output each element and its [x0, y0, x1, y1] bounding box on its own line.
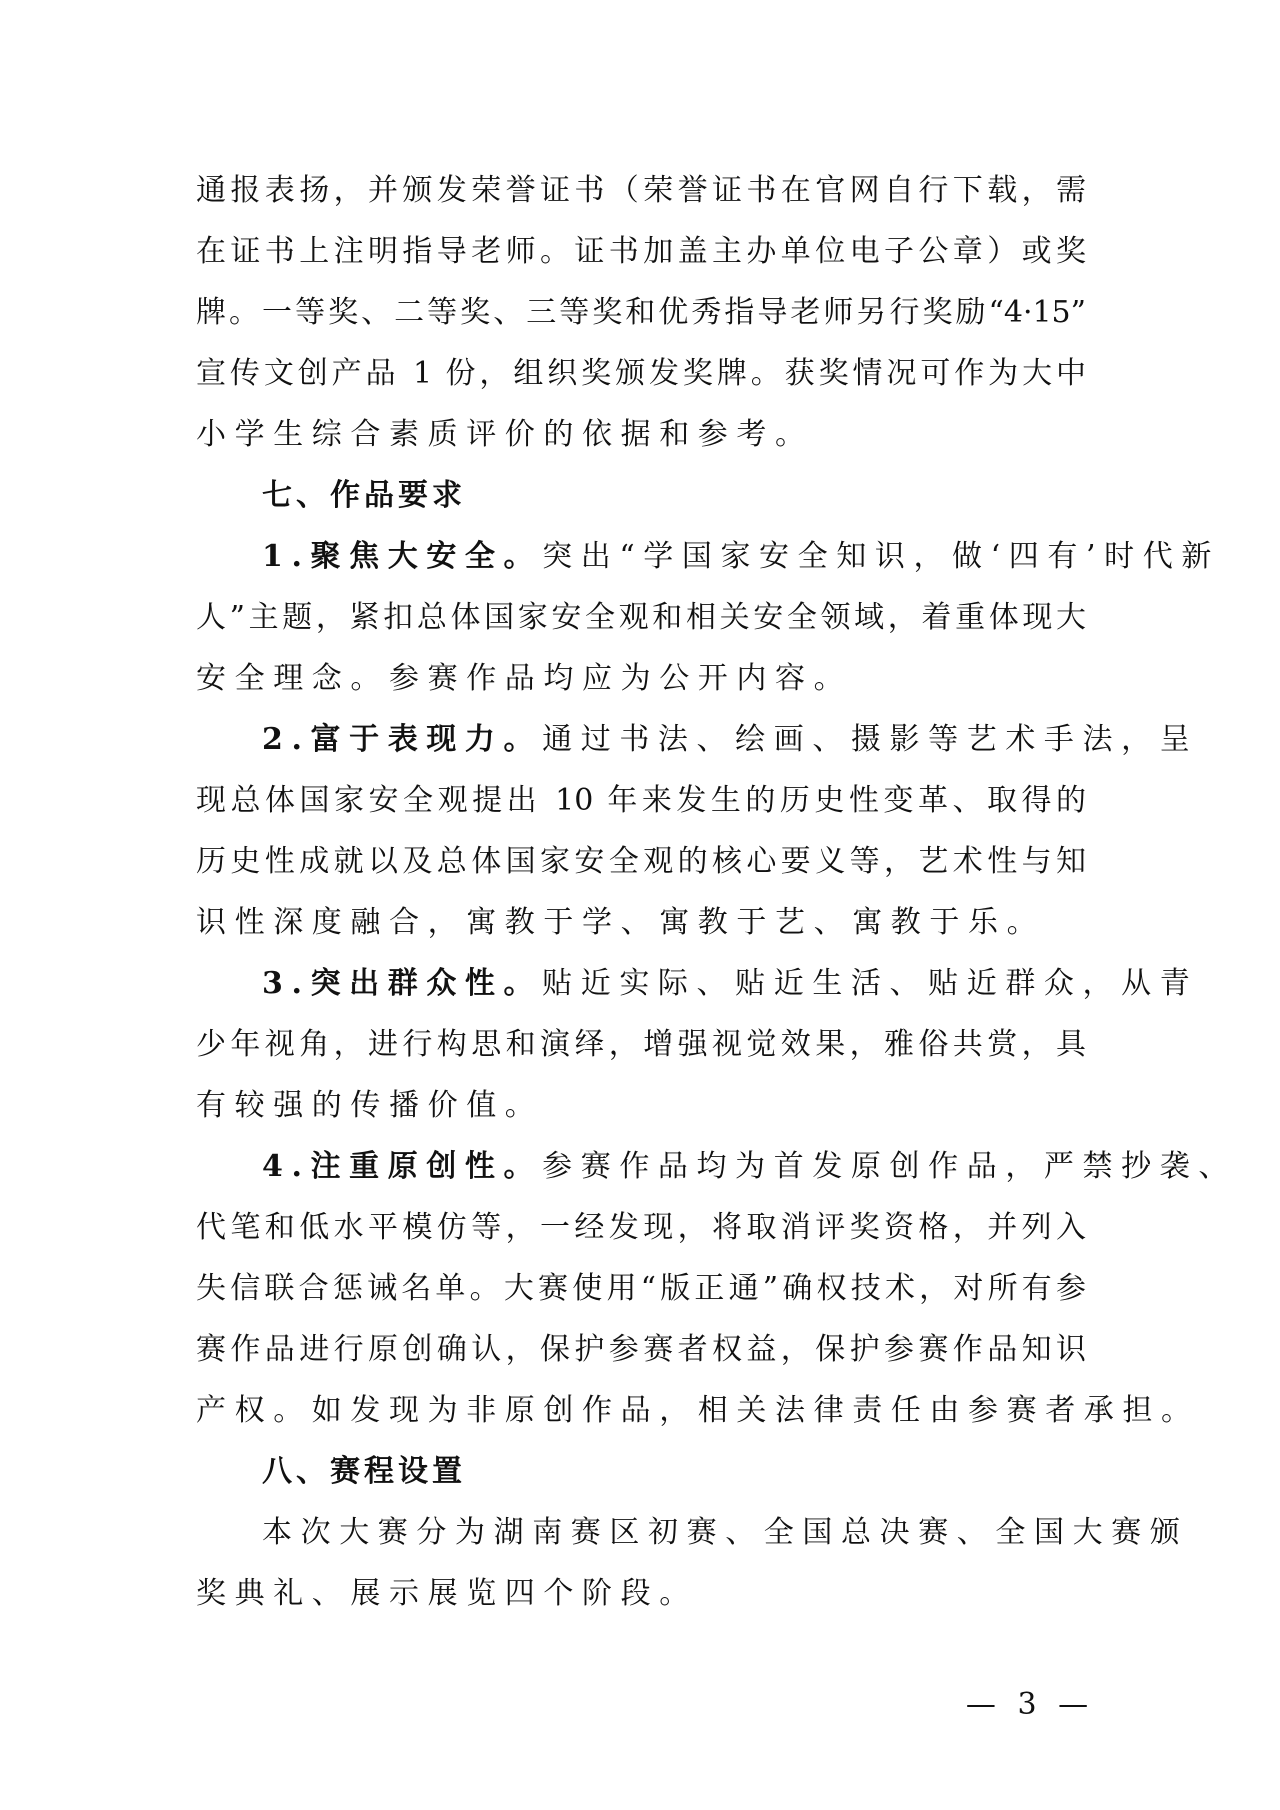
heading-text: 八、赛程设置	[262, 1454, 466, 1489]
document-body: 通报表扬，并颁发荣誉证书（荣誉证书在官网自行下载，需 在证书上注明指导老师。证书…	[196, 160, 1086, 1624]
line-text: 通过书法、绘画、摄影等艺术手法，呈	[542, 722, 1198, 757]
requirement-2-line-4: 识性深度融合，寓教于学、寓教于艺、寓教于乐。	[196, 892, 1086, 953]
requirement-2-line-3: 历史性成就以及总体国家安全观的核心要义等，艺术性与知	[196, 831, 1086, 892]
line-text: 历史性成就以及总体国家安全观的核心要义等，艺术性与知	[196, 844, 1086, 879]
line-text: 牌。一等奖、二等奖、三等奖和优秀指导老师另行奖励“4·15”	[196, 295, 1086, 330]
line-text: 少年视角，进行构思和演绎，增强视觉效果，雅俗共赏，具	[196, 1027, 1086, 1062]
line-text: 在证书上注明指导老师。证书加盖主办单位电子公章）或奖	[196, 234, 1086, 269]
page-number: — 3 —	[960, 1685, 1100, 1725]
document-page: 通报表扬，并颁发荣誉证书（荣誉证书在官网自行下载，需 在证书上注明指导老师。证书…	[0, 0, 1280, 1810]
requirement-2-line-1: 2.富于表现力。通过书法、绘画、摄影等艺术手法，呈	[196, 709, 1086, 770]
requirement-4-line-2: 代笔和低水平模仿等，一经发现，将取消评奖资格，并列入	[196, 1197, 1086, 1258]
section-heading-8: 八、赛程设置	[196, 1441, 1086, 1502]
body-line-4: 宣传文创产品 1 份，组织奖颁发奖牌。获奖情况可作为大中	[196, 343, 1086, 404]
requirement-4-line-5: 产权。如发现为非原创作品，相关法律责任由参赛者承担。	[196, 1380, 1086, 1441]
line-text: 小学生综合素质评价的依据和参考。	[196, 417, 814, 452]
schedule-line-2: 奖典礼、展示展览四个阶段。	[196, 1563, 1086, 1624]
requirement-1-line-3: 安全理念。参赛作品均应为公开内容。	[196, 648, 1086, 709]
requirement-4-line-3: 失信联合惩诫名单。大赛使用“版正通”确权技术，对所有参	[196, 1258, 1086, 1319]
line-text: 现总体国家安全观提出 10 年来发生的历史性变革、取得的	[196, 783, 1086, 818]
line-text: 参赛作品均为首发原创作品，严禁抄袭、	[542, 1149, 1237, 1184]
requirement-3-line-3: 有较强的传播价值。	[196, 1075, 1086, 1136]
requirement-3-line-1: 3.突出群众性。贴近实际、贴近生活、贴近群众，从青	[196, 953, 1086, 1014]
body-line-2: 在证书上注明指导老师。证书加盖主办单位电子公章）或奖	[196, 221, 1086, 282]
line-text: 通报表扬，并颁发荣誉证书（荣誉证书在官网自行下载，需	[196, 173, 1086, 208]
body-line-5: 小学生综合素质评价的依据和参考。	[196, 404, 1086, 465]
line-text: 突出“学国家安全知识，做‘四有’时代新	[542, 539, 1220, 574]
line-text: 识性深度融合，寓教于学、寓教于艺、寓教于乐。	[196, 905, 1045, 940]
line-text: 本次大赛分为湖南赛区初赛、全国总决赛、全国大赛颁	[262, 1515, 1188, 1550]
line-text: 失信联合惩诫名单。大赛使用“版正通”确权技术，对所有参	[196, 1271, 1086, 1306]
requirement-2-line-2: 现总体国家安全观提出 10 年来发生的历史性变革、取得的	[196, 770, 1086, 831]
requirement-lead: 2.富于表现力。	[262, 722, 542, 757]
schedule-line-1: 本次大赛分为湖南赛区初赛、全国总决赛、全国大赛颁	[196, 1502, 1086, 1563]
line-text: 产权。如发现为非原创作品，相关法律责任由参赛者承担。	[196, 1393, 1200, 1428]
line-text: 奖典礼、展示展览四个阶段。	[196, 1576, 698, 1611]
body-line-1: 通报表扬，并颁发荣誉证书（荣誉证书在官网自行下载，需	[196, 160, 1086, 221]
line-text: 贴近实际、贴近生活、贴近群众，从青	[542, 966, 1198, 1001]
line-text: 代笔和低水平模仿等，一经发现，将取消评奖资格，并列入	[196, 1210, 1086, 1245]
section-heading-7: 七、作品要求	[196, 465, 1086, 526]
requirement-3-line-2: 少年视角，进行构思和演绎，增强视觉效果，雅俗共赏，具	[196, 1014, 1086, 1075]
line-text: 赛作品进行原创确认，保护参赛者权益，保护参赛作品知识	[196, 1332, 1086, 1367]
requirement-lead: 1.聚焦大安全。	[262, 539, 542, 574]
line-text: 安全理念。参赛作品均应为公开内容。	[196, 661, 852, 696]
heading-text: 七、作品要求	[262, 478, 466, 513]
requirement-lead: 3.突出群众性。	[262, 966, 542, 1001]
line-text: 人”主题，紧扣总体国家安全观和相关安全领域，着重体现大	[196, 600, 1086, 635]
requirement-4-line-1: 4.注重原创性。参赛作品均为首发原创作品，严禁抄袭、	[196, 1136, 1086, 1197]
body-line-3: 牌。一等奖、二等奖、三等奖和优秀指导老师另行奖励“4·15”	[196, 282, 1086, 343]
requirement-1-line-1: 1.聚焦大安全。突出“学国家安全知识，做‘四有’时代新	[196, 526, 1086, 587]
requirement-1-line-2: 人”主题，紧扣总体国家安全观和相关安全领域，着重体现大	[196, 587, 1086, 648]
line-text: 宣传文创产品 1 份，组织奖颁发奖牌。获奖情况可作为大中	[196, 356, 1086, 391]
requirement-lead: 4.注重原创性。	[262, 1149, 542, 1184]
requirement-4-line-4: 赛作品进行原创确认，保护参赛者权益，保护参赛作品知识	[196, 1319, 1086, 1380]
line-text: 有较强的传播价值。	[196, 1088, 543, 1123]
